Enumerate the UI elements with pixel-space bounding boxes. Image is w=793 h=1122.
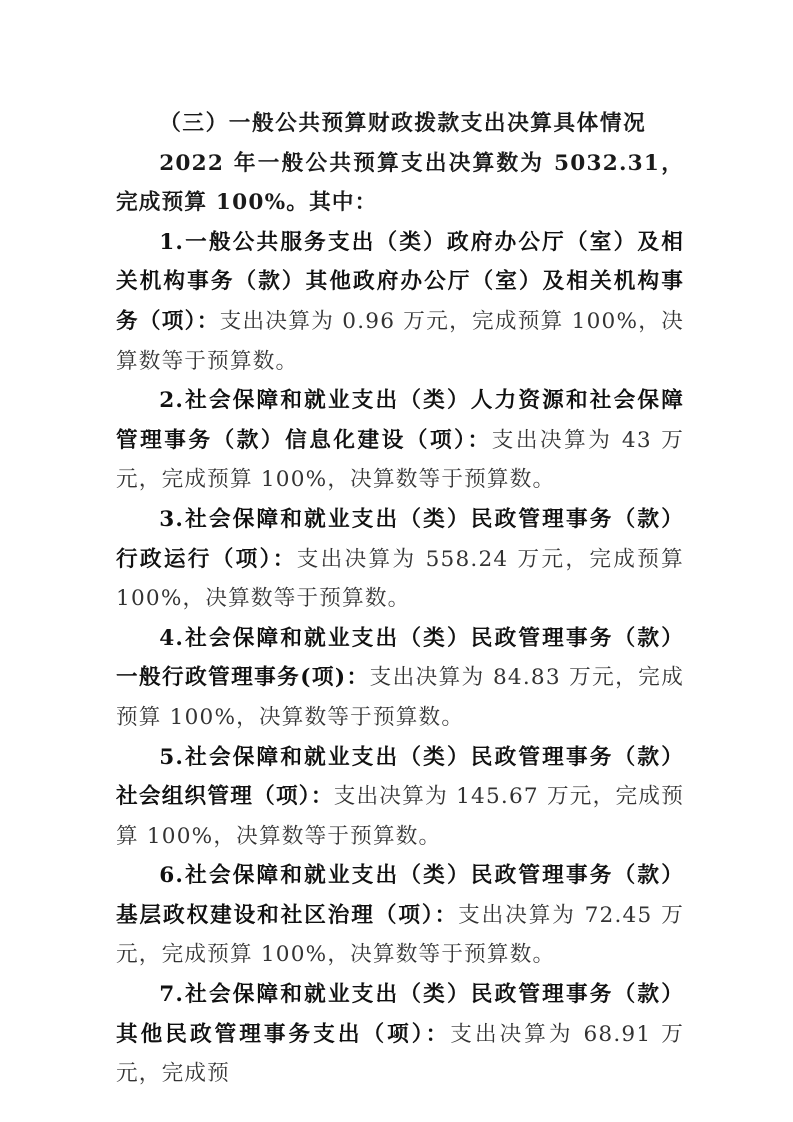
page-number: 9 (0, 1028, 793, 1041)
list-item: 4.社会保障和就业支出（类）民政管理事务（款）一般行政管理事务(项)：支出决算为… (116, 619, 684, 738)
document-page: （三）一般公共预算财政拨款支出决算具体情况 2022 年一般公共预算支出决算数为… (116, 104, 684, 1094)
list-item: 5.社会保障和就业支出（类）民政管理事务（款）社会组织管理（项）：支出决算为 1… (116, 738, 684, 857)
list-item: 2.社会保障和就业支出（类）人力资源和社会保障管理事务（款）信息化建设（项）：支… (116, 381, 684, 500)
list-item: 3.社会保障和就业支出（类）民政管理事务（款）行政运行（项）：支出决算为 558… (116, 500, 684, 619)
list-item: 6.社会保障和就业支出（类）民政管理事务（款）基层政权建设和社区治理（项）：支出… (116, 856, 684, 975)
list-item: 1.一般公共服务支出（类）政府办公厅（室）及相关机构事务（款）其他政府办公厅（室… (116, 223, 684, 381)
section-title: （三）一般公共预算财政拨款支出决算具体情况 (116, 104, 684, 144)
summary-paragraph: 2022 年一般公共预算支出决算数为 5032.31，完成预算 100%。其中： (116, 144, 684, 223)
